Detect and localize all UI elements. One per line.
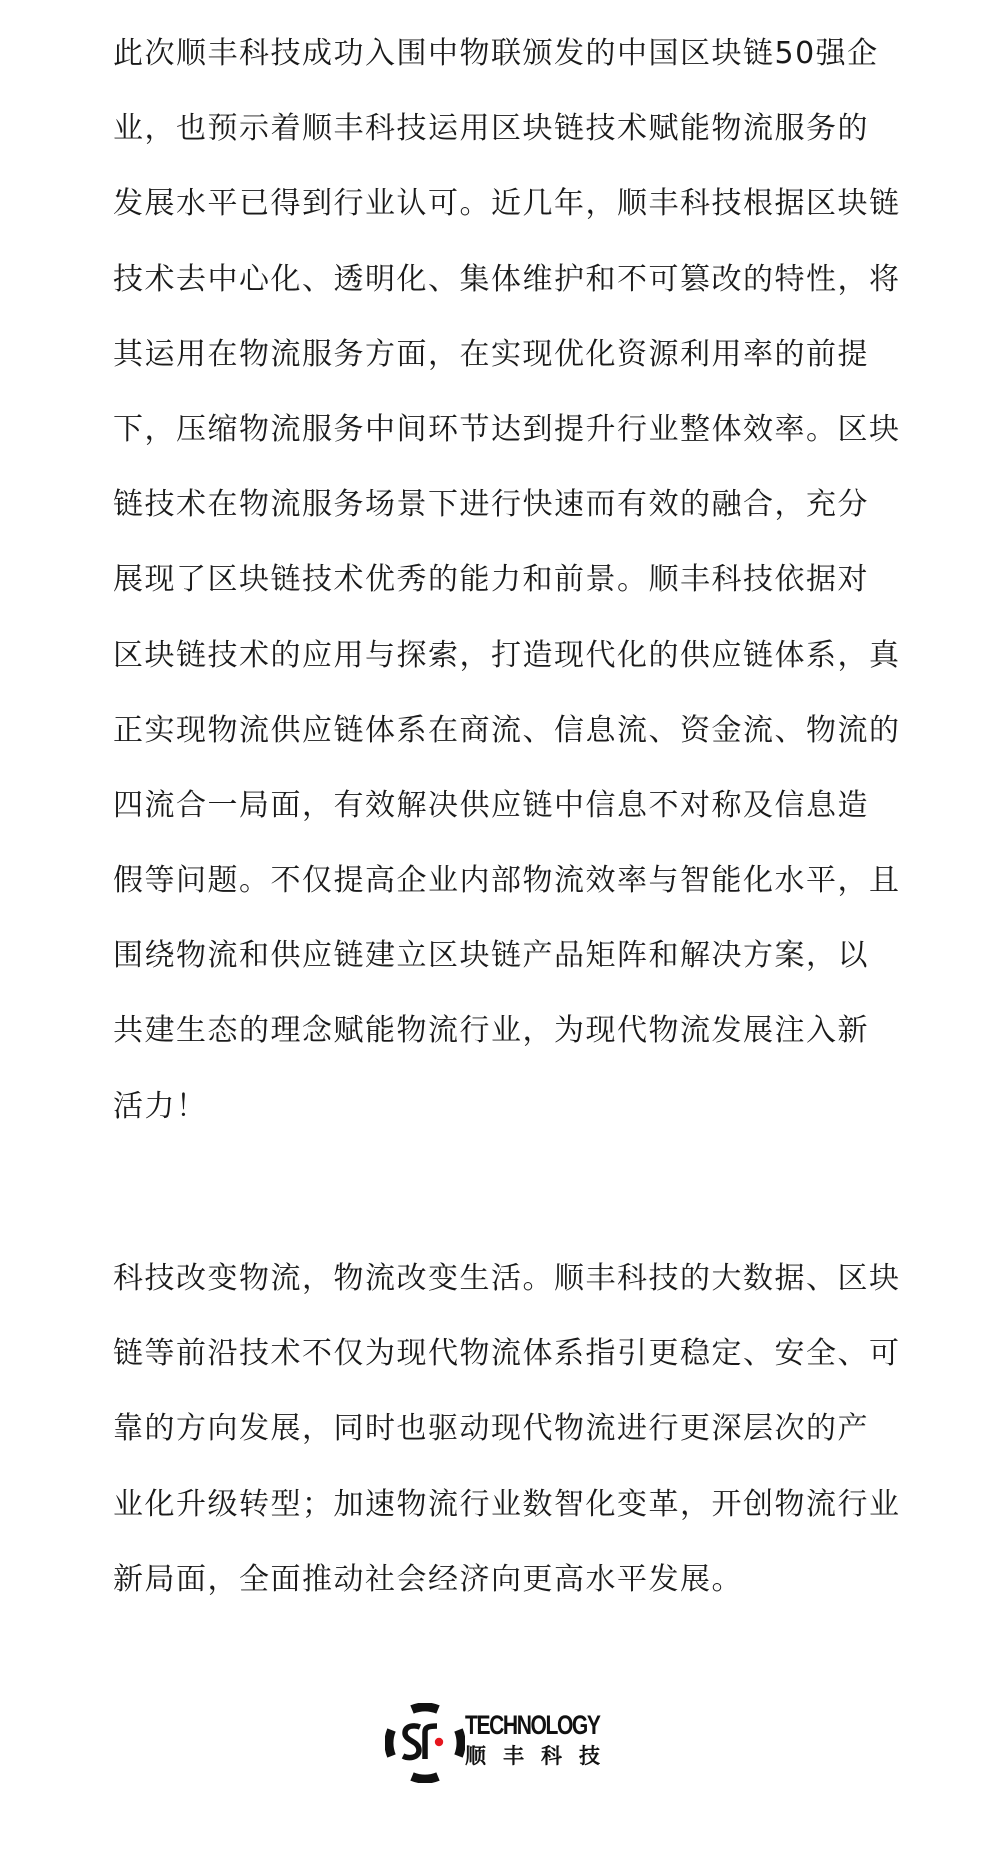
paragraph-line: 正实现物流供应链体系在商流、信息流、资金流、物流的 xyxy=(113,693,893,768)
paragraph-line: 科技改变物流，物流改变生活。顺丰科技的大数据、区块 xyxy=(113,1241,893,1316)
paragraph-line: 链技术在物流服务场景下进行快速而有效的融合，充分 xyxy=(113,467,893,542)
paragraph-line: 区块链技术的应用与探索，打造现代化的供应链体系，真 xyxy=(113,618,893,693)
paragraph-line: 链等前沿技术不仅为现代物流体系指引更稳定、安全、可 xyxy=(113,1316,893,1391)
paragraph-line: 围绕物流和供应链建立区块链产品矩阵和解决方案，以 xyxy=(113,918,893,993)
paragraph-line: 此次顺丰科技成功入围中物联颁发的中国区块链50强企 xyxy=(113,16,893,91)
paragraph-line: 展现了区块链技术优秀的能力和前景。顺丰科技依据对 xyxy=(113,542,893,617)
paragraph-line: 活力！ xyxy=(113,1069,893,1144)
logo-english-text: TECHNOLOGY xyxy=(465,1711,579,1739)
paragraph-line: 发展水平已得到行业认可。近几年，顺丰科技根据区块链 xyxy=(113,166,893,241)
paragraph-line: 其运用在物流服务方面，在实现优化资源利用率的前提 xyxy=(113,317,893,392)
article-paragraph-2: 科技改变物流，物流改变生活。顺丰科技的大数据、区块 链等前沿技术不仅为现代物流体… xyxy=(113,1241,893,1617)
paragraph-line: 靠的方向发展，同时也驱动现代物流进行更深层次的产 xyxy=(113,1391,893,1466)
paragraph-line: 新局面，全面推动社会经济向更高水平发展。 xyxy=(113,1542,893,1617)
article-paragraph-1: 此次顺丰科技成功入围中物联颁发的中国区块链50强企 业，也预示着顺丰科技运用区块… xyxy=(113,16,893,1144)
paragraph-line: 共建生态的理念赋能物流行业，为现代物流发展注入新 xyxy=(113,993,893,1068)
paragraph-line: 技术去中心化、透明化、集体维护和不可篡改的特性，将 xyxy=(113,242,893,317)
paragraph-line: 业化升级转型；加速物流行业数智化变革，开创物流行业 xyxy=(113,1467,893,1542)
sf-logo-icon xyxy=(385,1703,465,1783)
paragraph-line: 下，压缩物流服务中间环节达到提升行业整体效率。区块 xyxy=(113,392,893,467)
paragraph-line: 假等问题。不仅提高企业内部物流效率与智能化水平，且 xyxy=(113,843,893,918)
paragraph-line: 业，也预示着顺丰科技运用区块链技术赋能物流服务的 xyxy=(113,91,893,166)
sf-technology-logo: TECHNOLOGY 顺丰科技 xyxy=(385,1703,615,1785)
paragraph-line: 四流合一局面，有效解决供应链中信息不对称及信息造 xyxy=(113,768,893,843)
logo-chinese-text: 顺丰科技 xyxy=(465,1743,615,1769)
